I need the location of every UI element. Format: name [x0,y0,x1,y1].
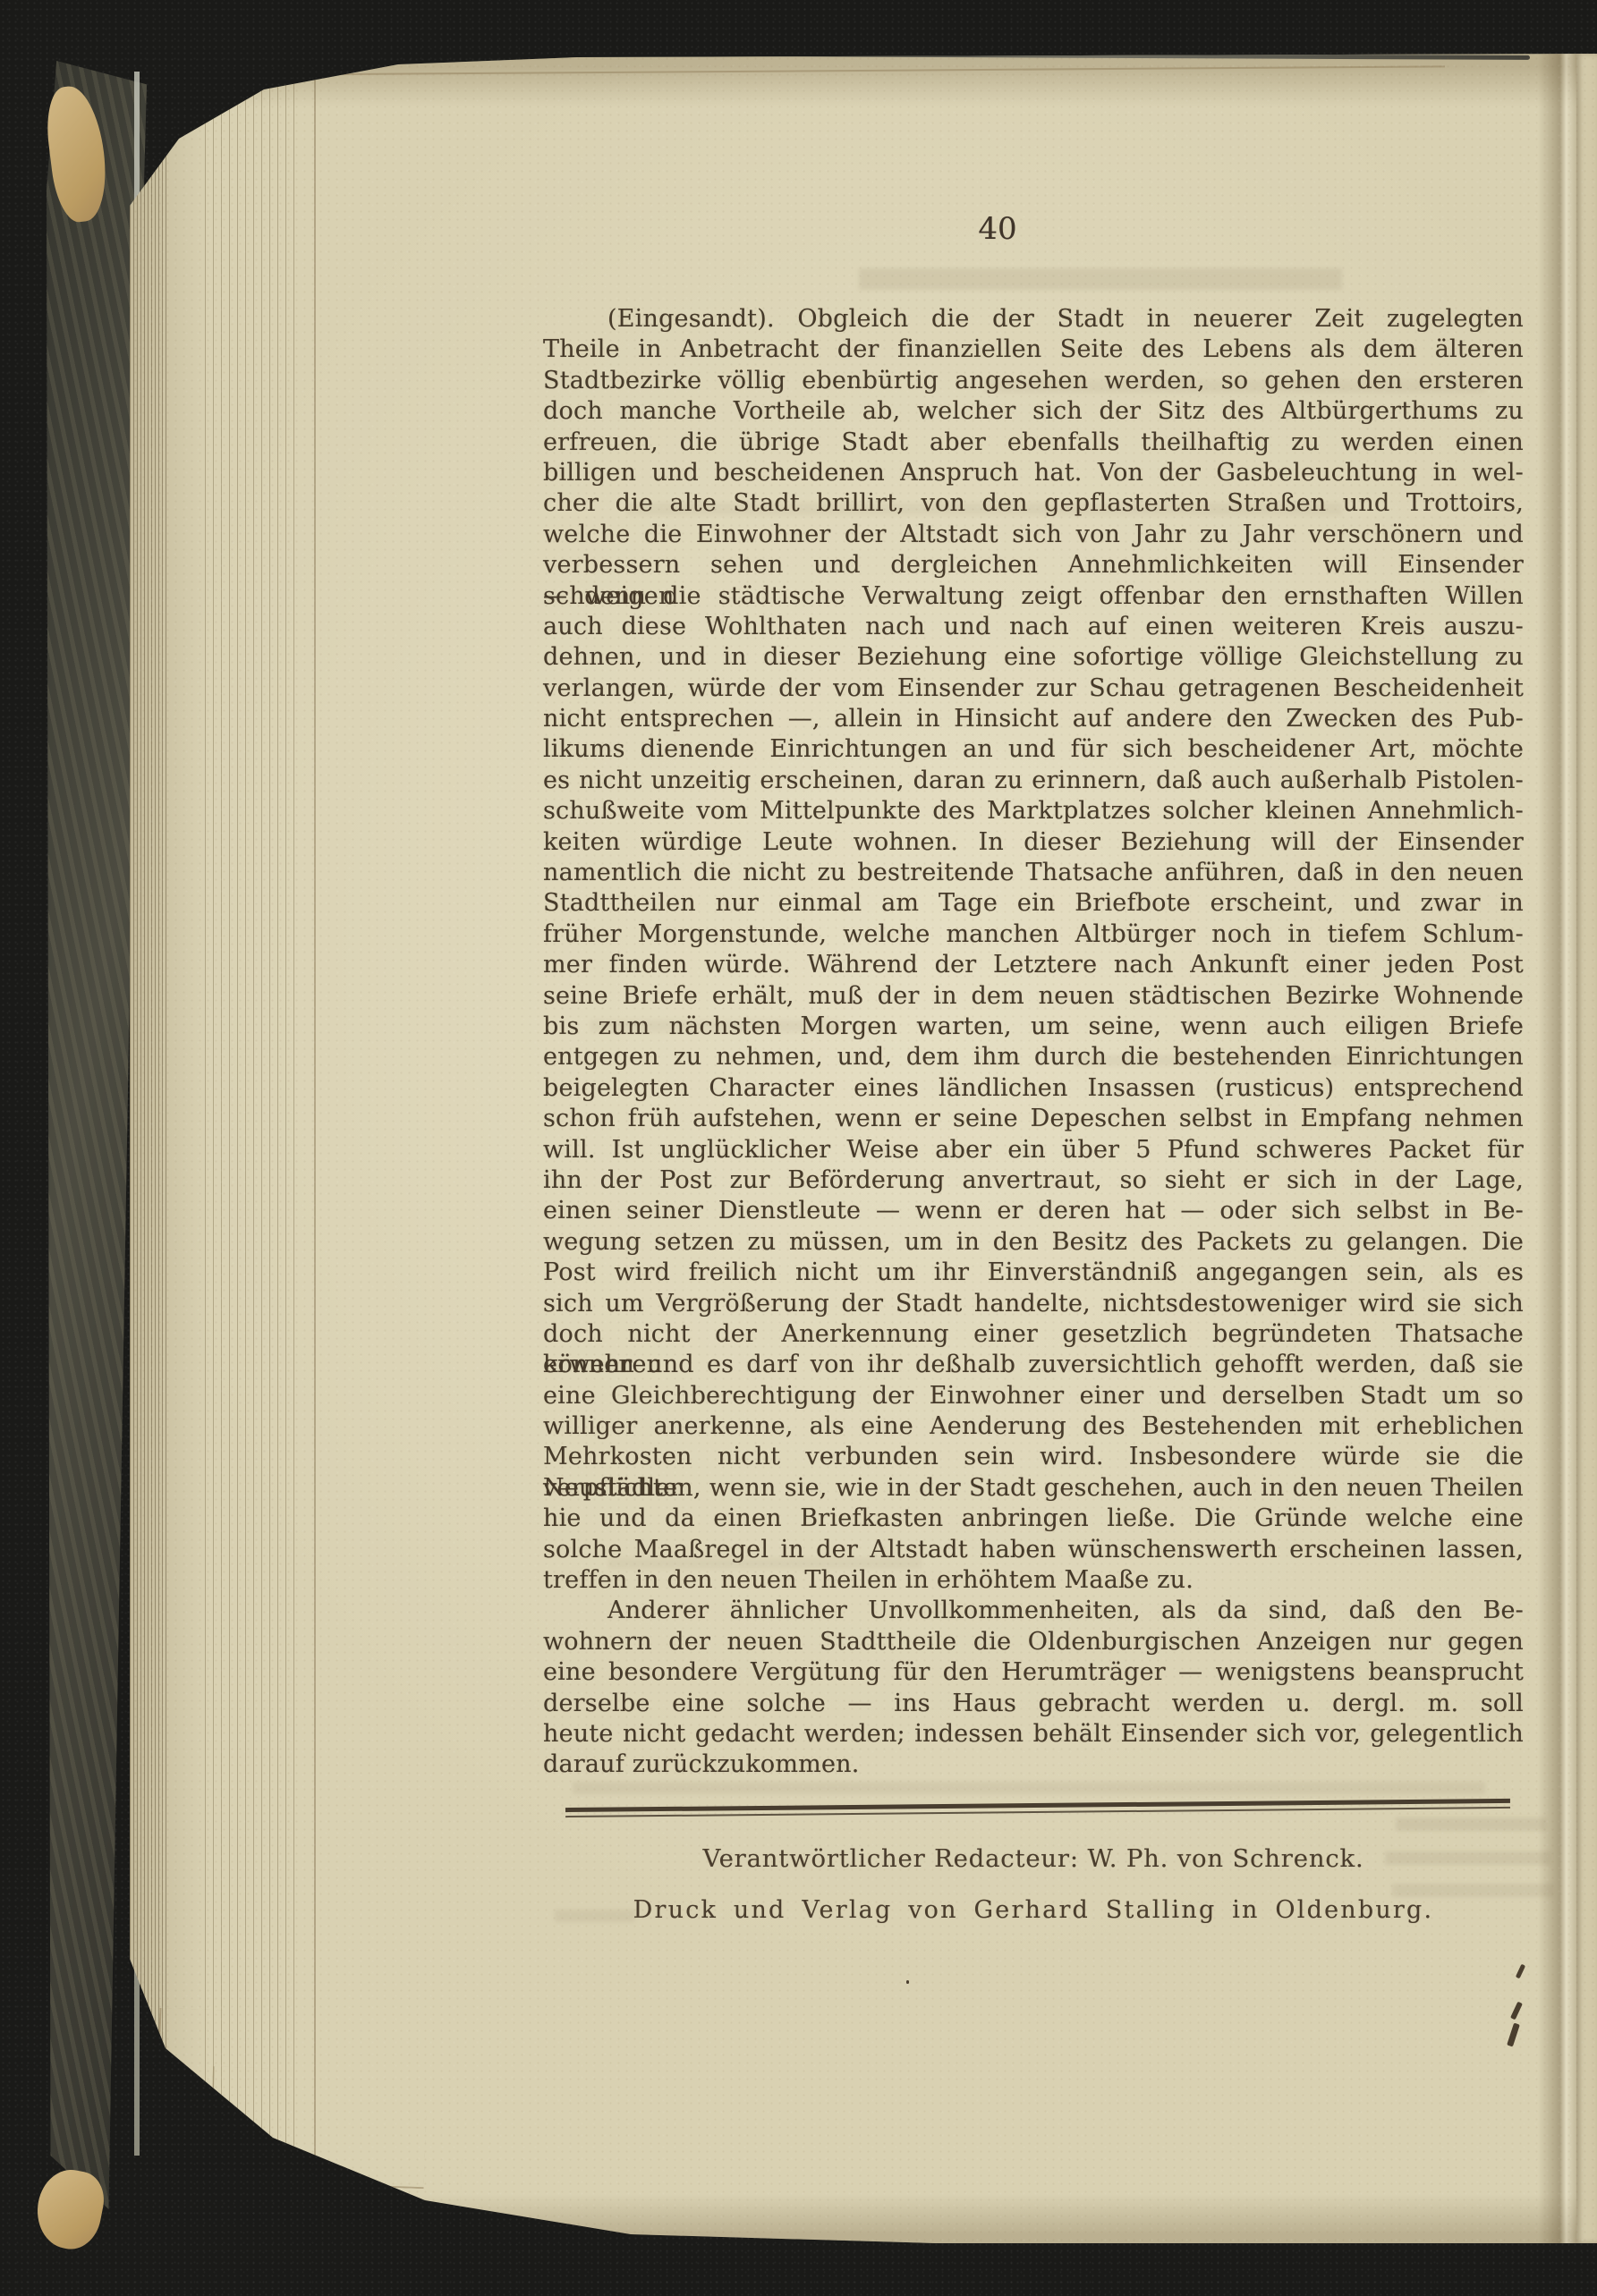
text-line: seine Briefe erhält, muß der in dem neue… [543,981,1524,1012]
text-line: hie und da einen Briefkasten anbringen l… [543,1504,1524,1534]
text-line: früher Morgenstunde, welche manchen Altb… [543,919,1524,950]
text-line: — denn die städtische Verwaltung zeigt o… [543,581,1524,612]
text-line: doch nicht der Anerkennung einer gesetzl… [543,1319,1524,1350]
fore-edge-line [314,54,316,2243]
text-line: Stadttheilen nur einmal am Tage ein Brie… [543,888,1524,919]
text-line: mer finden würde. Während der Letztere n… [543,950,1524,980]
text-line: erfreuen, die übrige Stadt aber ebenfall… [543,428,1524,458]
text-line: dehnen, und in dieser Beziehung eine sof… [543,642,1524,673]
text-line: verlangen, würde der vom Einsender zur S… [543,674,1524,704]
page-gutter-fold [1538,54,1577,2243]
text-line: bis zum nächsten Morgen warten, um seine… [543,1012,1524,1042]
text-line: eine Gleichberechtigung der Einwohner ei… [543,1381,1524,1411]
text-line: billigen und bescheidenen Anspruch hat. … [543,458,1524,488]
text-line: will. Ist unglücklicher Weise aber ein ü… [543,1135,1524,1165]
text-line: Mehrkosten nicht verbunden sein wird. In… [543,1442,1524,1472]
footer-imprint-line: Druck und Verlag von Gerhard Stalling in… [543,1896,1524,1924]
text-line: darauf zurückzukommen. [543,1750,1524,1780]
footer-editor-line: Verantwörtlicher Redacteur: W. Ph. von S… [543,1844,1524,1873]
cover-board-edge-line [760,52,1530,60]
text-line: verpflichten, wenn sie, wie in der Stadt… [543,1473,1524,1504]
text-line: auch diese Wohlthaten nach und nach auf … [543,612,1524,642]
fore-edge-striations [130,54,344,2243]
text-line: Anderer ähnlicher Unvollkommenheiten, al… [543,1596,1524,1626]
text-line: welche die Einwohner der Altstadt sich v… [543,520,1524,550]
next-page-sliver [1576,54,1597,2243]
text-line: cher die alte Stadt brillirt, von den ge… [543,488,1524,519]
text-line: Stadtbezirke völlig ebenbürtig angesehen… [543,366,1524,396]
text-line: sich um Vergrößerung der Stadt handelte,… [543,1289,1524,1319]
text-line: schußweite vom Mittelpunkte des Marktpla… [543,796,1524,826]
page-corner-curve [208,2066,464,2220]
article-text-block: (Eingesandt). Obgleich die der Stadt in … [543,304,1524,1781]
text-line: verbessern sehen und dergleichen Annehml… [543,550,1524,580]
text-line: entgegen zu nehmen, und, dem ihm durch d… [543,1042,1524,1072]
text-line: es nicht unzeitig erscheinen, daran zu e… [543,766,1524,796]
text-line: likums dienende Einrichtungen an und für… [543,734,1524,765]
page-number: 40 [957,211,1038,247]
text-line: schon früh aufstehen, wenn er seine Depe… [543,1104,1524,1134]
page-top-crease [264,65,1445,75]
text-line: Theile in Anbetracht der finanziellen Se… [543,335,1524,365]
scanned-book-page: { "page": { "number": "40", "lines": [ "… [0,0,1597,2296]
text-line: (Eingesandt). Obgleich die der Stadt in … [543,304,1524,335]
text-line: können und es darf von ihr deßhalb zuver… [543,1350,1524,1380]
ink-speck [906,1980,909,1984]
text-line: namentlich die nicht zu bestreitende Tha… [543,858,1524,888]
text-line: ihn der Post zur Beförderung anvertraut,… [543,1165,1524,1196]
text-line: doch manche Vortheile ab, welcher sich d… [543,396,1524,427]
text-line: Post wird freilich nicht um ihr Einverst… [543,1258,1524,1288]
text-line: eine besondere Vergütung für den Herumtr… [543,1657,1524,1688]
text-line: williger anerkenne, als eine Aenderung d… [543,1411,1524,1442]
text-line: solche Maaßregel in der Altstadt haben w… [543,1535,1524,1565]
text-line: derselbe eine solche — ins Haus gebracht… [543,1689,1524,1719]
text-line: wohnern der neuen Stadttheile die Oldenb… [543,1627,1524,1657]
text-line: wegung setzen zu müssen, um in den Besit… [543,1227,1524,1258]
text-line: heute nicht gedacht werden; indessen beh… [543,1719,1524,1750]
text-line: keiten würdige Leute wohnen. In dieser B… [543,827,1524,858]
text-line: treffen in den neuen Theilen in erhöhtem… [543,1565,1524,1596]
text-line: einen seiner Dienstleute — wenn er deren… [543,1196,1524,1226]
text-line: beigelegten Character eines ländlichen I… [543,1073,1524,1104]
text-line: nicht entsprechen —, allein in Hinsicht … [543,704,1524,734]
